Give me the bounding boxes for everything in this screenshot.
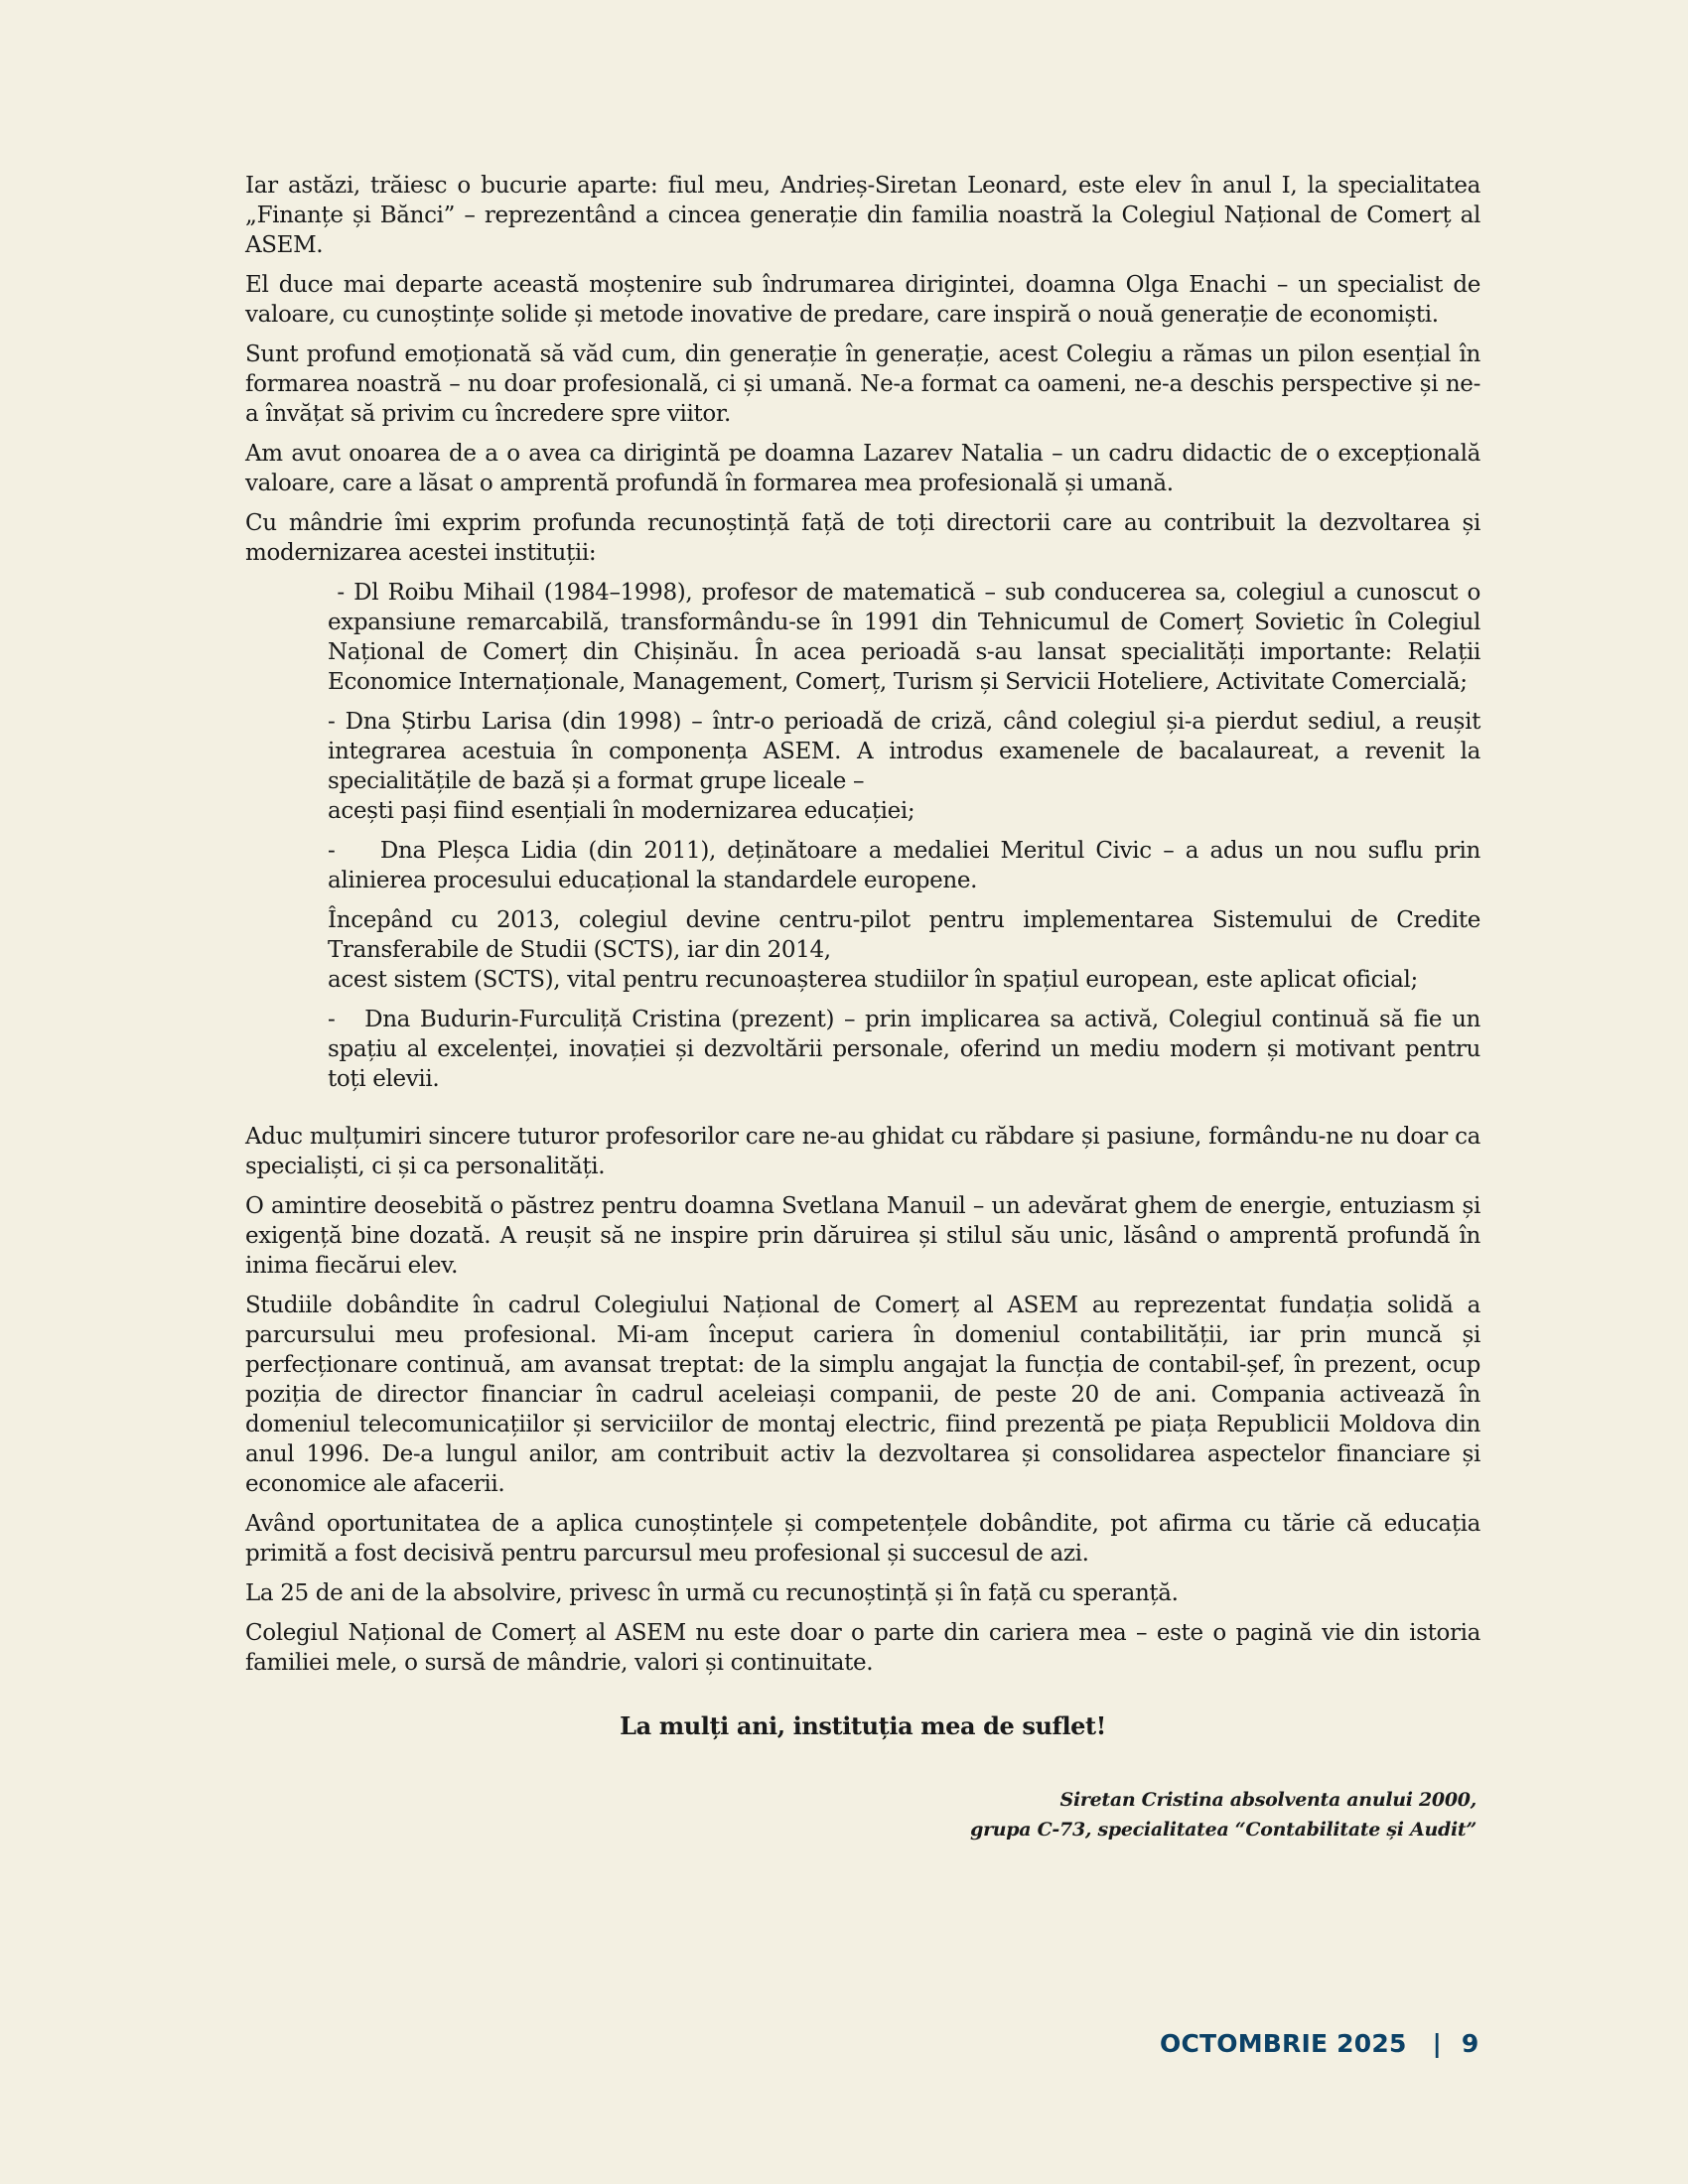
director-item-stirbu: - Dna Știrbu Larisa (din 1998) – într-o …: [328, 707, 1480, 826]
paragraph-college: Colegiul Național de Comerț al ASEM nu e…: [245, 1618, 1480, 1678]
directors-list: - Dl Roibu Mihail (1984–1998), profesor …: [328, 578, 1480, 1094]
paragraph-opportunity: Având oportunitatea de a aplica cunoștin…: [245, 1509, 1480, 1569]
author-signature: Siretan Cristina absolventa anului 2000,…: [245, 1785, 1480, 1844]
paragraph-son: Iar astăzi, trăiesc o bucurie aparte: fi…: [245, 171, 1480, 260]
issue-date: OCTOMBRIE 2025: [1160, 2029, 1407, 2058]
footer-separator: |: [1433, 2029, 1442, 2058]
director-item-budurin: - Dna Budurin-Furculiță Cristina (prezen…: [328, 1005, 1480, 1094]
article-body: Iar astăzi, trăiesc o bucurie aparte: fi…: [245, 171, 1480, 1844]
paragraph-memory: O amintire deosebită o păstrez pentru do…: [245, 1191, 1480, 1281]
director-item-plesca: - Dna Pleșca Lidia (din 2011), deținătoa…: [328, 836, 1480, 895]
paragraph-diriginta: Am avut onoarea de a o avea ca dirigintă…: [245, 439, 1480, 498]
paragraph-directors-intro: Cu mândrie îmi exprim profunda recunoști…: [245, 508, 1480, 568]
paragraph-thanks: Aduc mulțumiri sincere tuturor profesori…: [245, 1122, 1480, 1181]
director-item-roibu: - Dl Roibu Mihail (1984–1998), profesor …: [328, 578, 1480, 697]
paragraph-anniversary: La 25 de ani de la absolvire, privesc în…: [245, 1578, 1480, 1608]
closing-greeting: La mulți ani, instituția mea de suflet!: [245, 1711, 1480, 1741]
paragraph-heritage: El duce mai departe această moștenire su…: [245, 270, 1480, 330]
paragraph-career: Studiile dobândite în cadrul Colegiului …: [245, 1291, 1480, 1499]
signature-line-2: grupa C-73, specialitatea “Contabilitate…: [245, 1815, 1477, 1844]
spacer: [245, 1104, 1480, 1122]
director-item-scts: Începând cu 2013, colegiul devine centru…: [328, 905, 1480, 995]
paragraph-emotion: Sunt profund emoționată să văd cum, din …: [245, 340, 1480, 429]
page-number: 9: [1462, 2029, 1479, 2058]
page-footer: OCTOMBRIE 2025|9: [1160, 2029, 1479, 2058]
signature-line-1: Siretan Cristina absolventa anului 2000,: [245, 1785, 1477, 1815]
